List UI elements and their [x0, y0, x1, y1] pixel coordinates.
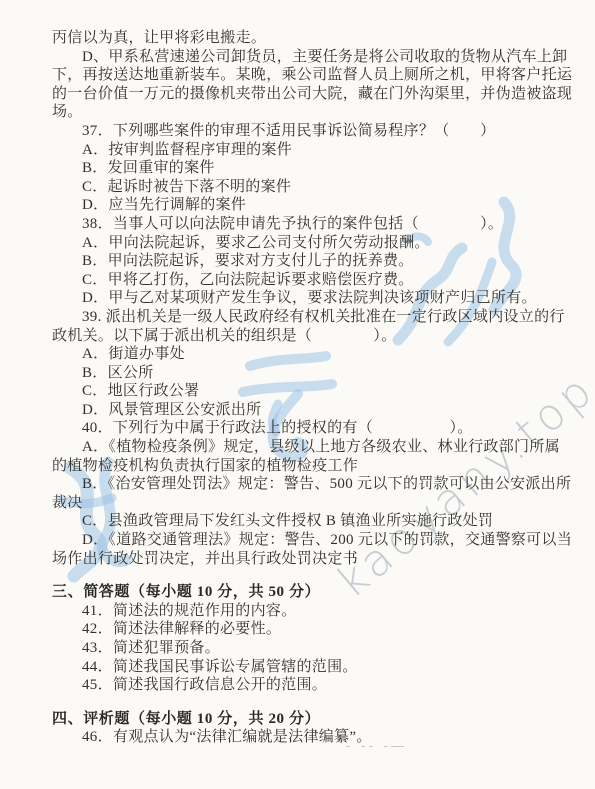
section-heading-4: 四、评析题（每小题 10 分，共 20 分）	[52, 710, 552, 729]
option-d: D．风景管理区公安派出所	[82, 401, 552, 420]
text-line: 下，再按送达地重新装车。某晚，乘公司监督人员上厕所之机，甲将客户托运	[52, 66, 552, 85]
text-line: 丙信以为真，让甲将彩电搬走。	[52, 29, 552, 48]
option-a: A．《植物检疫条例》规定，县级以上地方各级农业、林业行政部门所属	[82, 438, 552, 457]
option-b: B．发回重审的案件	[82, 159, 552, 178]
text-line: 政机关。以下属于派出机关的组织是（ ）。	[52, 327, 552, 346]
question-39: 39. 派出机关是一级人民政府经有权机关批准在一定行政区域内设立的行	[82, 308, 552, 327]
option-c: C．地区行政公署	[82, 382, 552, 401]
text-line: 场作出行政处罚决定，并出具行政处罚决定书	[52, 550, 552, 569]
text-line: 的植物检疫机构负责执行国家的植物检疫工作	[52, 457, 552, 476]
option-a: A．甲向法院起诉，要求乙公司支付所欠劳动报酬。	[82, 234, 552, 253]
scan-artifact: ‐ ‐‐ ‐―	[346, 739, 407, 754]
option-c: C．县渔政管理局下发红头文件授权 B 镇渔业所实施行政处罚	[82, 512, 552, 531]
text-line: 场。	[52, 103, 552, 122]
option-a: A．街道办事处	[82, 345, 552, 364]
question-38: 38．当事人可以向法院申请先予执行的案件包括（ ）。	[82, 215, 552, 234]
option-b: B．甲向法院起诉，要求对方支付儿子的抚养费。	[82, 252, 552, 271]
option-b: B．《治安管理处罚法》规定：警告、500 元以下的罚款可以由公安派出所	[82, 475, 552, 494]
question-41: 41．简述法的规范作用的内容。	[82, 602, 552, 621]
text-line: 的一台价值一万元的摄像机夹带出公司大院，藏在门外沟渠里，并伪造被盗现	[52, 85, 552, 104]
option-d: D．应当先行调解的案件	[82, 196, 552, 215]
option-a: A．按审判监督程序审理的案件	[82, 141, 552, 160]
question-44: 44．简述我国民事诉讼专属管辖的范围。	[82, 658, 552, 677]
document-text: 丙信以为真，让甲将彩电搬走。 D、甲系私营速递公司卸货员，主要任务是将公司收取的…	[52, 29, 552, 747]
section-heading-3: 三、简答题（每小题 10 分，共 50 分）	[52, 583, 552, 602]
question-42: 42．简述法律解释的必要性。	[82, 620, 552, 639]
question-37: 37．下列哪些案件的审理不适用民事诉讼简易程序？（ ）	[82, 122, 552, 141]
question-46: 46．有观点认为“法律汇编就是法律编纂”。	[82, 728, 552, 747]
question-40: 40．下列行为中属于行政法上的授权的有（ ）。	[82, 419, 552, 438]
text-line: 裁决	[52, 494, 552, 513]
option-b: B．区公所	[82, 364, 552, 383]
text-line: D、甲系私营速递公司卸货员，主要任务是将公司收取的货物从汽车上卸	[82, 48, 552, 67]
question-43: 43．简述犯罪预备。	[82, 639, 552, 658]
option-d: D．甲与乙对某项财产发生争议，要求法院判决该项财产归己所有。	[82, 289, 552, 308]
scanned-exam-page: kaoyany.top 丙信以为真，让甲将彩电搬走。 D、甲系私营速递公司卸货员…	[0, 0, 595, 789]
option-d: D．《道路交通管理法》规定：警告、200 元以下的罚款，交通警察可以当	[82, 531, 552, 550]
option-c: C．甲将乙打伤，乙向法院起诉要求赔偿医疗费。	[82, 271, 552, 290]
option-c: C．起诉时被告下落不明的案件	[82, 178, 552, 197]
question-45: 45．简述我国行政信息公开的范围。	[82, 676, 552, 695]
